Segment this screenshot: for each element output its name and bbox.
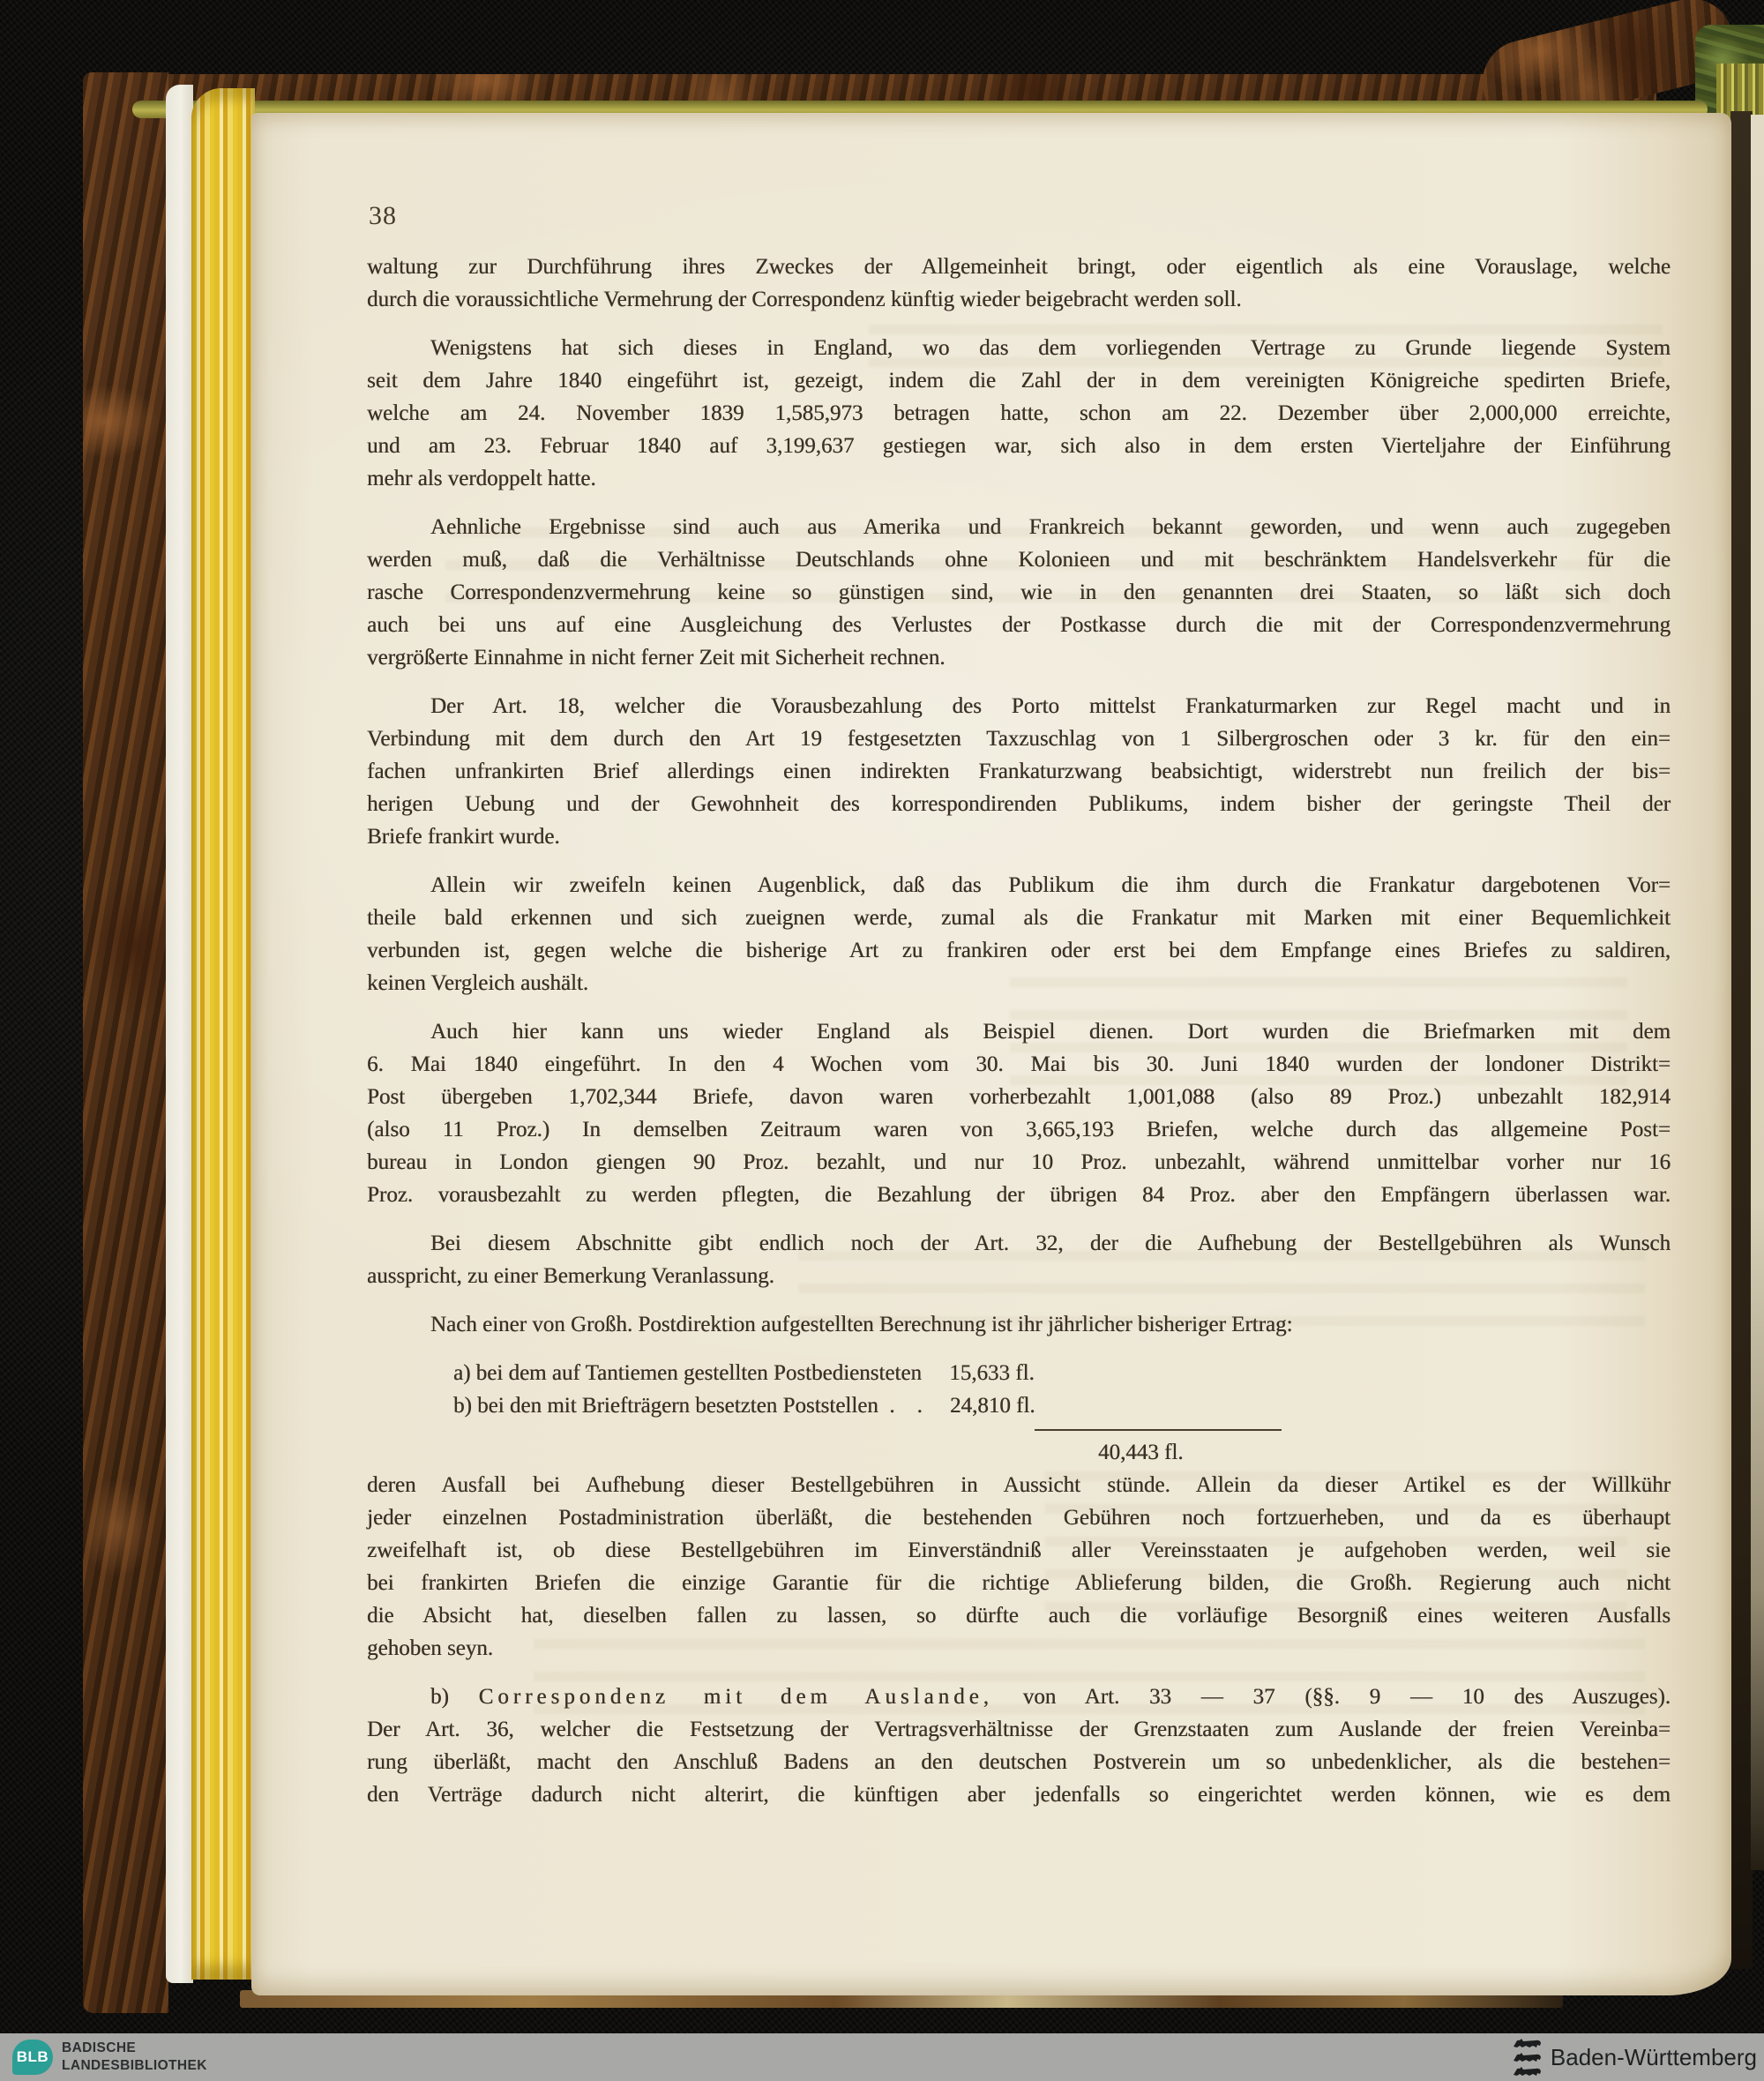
- text-line: Auch hier kann uns wieder England als Be…: [367, 1015, 1671, 1048]
- text-segment: b): [430, 1685, 479, 1709]
- book-page: 38 waltung zur Durchführung ihres Zwecke…: [251, 113, 1731, 1995]
- text-line: rasche Correspondenzvermehrung keine so …: [367, 576, 1671, 609]
- text-line: theile bald erkennen und sich zueignen w…: [367, 902, 1671, 934]
- sum-total: 40,443 fl.: [1098, 1436, 1671, 1469]
- text-line: verbunden ist, gegen welche die bisherig…: [367, 934, 1671, 967]
- text-line: keinen Vergleich aushält.: [367, 967, 1671, 999]
- text-line: Der Art. 36, welcher die Festsetzung der…: [367, 1713, 1671, 1746]
- page-number: 38: [369, 201, 397, 231]
- paragraph: Bei diesem Abschnitte gibt endlich noch …: [367, 1227, 1671, 1292]
- text-line: gehoben seyn.: [367, 1632, 1671, 1665]
- first-page-fore-edge: [166, 85, 193, 1983]
- text-line: Verbindung mit dem durch den Art 19 fest…: [367, 722, 1671, 755]
- text-line: Proz. vorausbezahlt zu werden pflegten, …: [367, 1179, 1671, 1211]
- text-line: Briefe frankirt wurde.: [367, 820, 1671, 853]
- text-line: waltung zur Durchführung ihres Zweckes d…: [367, 251, 1671, 283]
- text-line: Bei diesem Abschnitte gibt endlich noch …: [367, 1227, 1671, 1260]
- text-line: fachen unfrankirten Brief allerdings ein…: [367, 755, 1671, 788]
- text-line: 6. Mai 1840 eingeführt. In den 4 Wochen …: [367, 1048, 1671, 1081]
- blb-logo: BLB: [12, 2040, 53, 2075]
- text-line: mehr als verdoppelt hatte.: [367, 462, 1671, 495]
- text-line: (also 11 Proz.) In demselben Zeitraum wa…: [367, 1113, 1671, 1146]
- text-segment: von Art. 33 — 37 (§§. 9 — 10 des Auszuge…: [993, 1685, 1671, 1709]
- text-line: und am 23. Februar 1840 auf 3,199,637 ge…: [367, 430, 1671, 462]
- text-line: deren Ausfall bei Aufhebung dieser Beste…: [367, 1469, 1671, 1501]
- state-name: Baden-Württemberg: [1551, 2044, 1757, 2071]
- book-cover-left-edge: [83, 72, 168, 2013]
- text-line: Allein wir zweifeln keinen Augenblick, d…: [367, 869, 1671, 902]
- text-line: auch bei uns auf eine Ausgleichung des V…: [367, 609, 1671, 641]
- paragraph: Auch hier kann uns wieder England als Be…: [367, 1015, 1671, 1211]
- text-line: Nach einer von Großh. Postdirektion aufg…: [367, 1308, 1671, 1341]
- text-line: bureau in London giengen 90 Proz. bezahl…: [367, 1146, 1671, 1179]
- list-item: a) bei dem auf Tantiemen gestellten Post…: [453, 1357, 1671, 1389]
- text-line: seit dem Jahre 1840 eingeführt ist, geze…: [367, 364, 1671, 397]
- letterspaced-heading: Correspondenz mit dem Auslande,: [479, 1685, 993, 1709]
- text-line: bei frankirten Briefen die einzige Garan…: [367, 1567, 1671, 1599]
- baden-wuerttemberg-lions-icon: [1512, 2036, 1543, 2078]
- paragraph: Nach einer von Großh. Postdirektion aufg…: [367, 1308, 1671, 1341]
- text-line: Post übergeben 1,702,344 Briefe, davon w…: [367, 1081, 1671, 1113]
- opposite-page-sliver: [1751, 115, 1764, 1870]
- gutter-shadow: [1730, 111, 1753, 1969]
- scan-viewport: 38 waltung zur Durchführung ihres Zwecke…: [0, 0, 1764, 2081]
- text-line: b) Correspondenz mit dem Auslande, von A…: [367, 1681, 1671, 1713]
- paragraph: b) Correspondenz mit dem Auslande, von A…: [367, 1681, 1671, 1811]
- library-name-line2: LANDESBIBLIOTHEK: [62, 2057, 207, 2075]
- text-line: vergrößerte Einnahme in nicht ferner Zei…: [367, 641, 1671, 674]
- text-line: ausspricht, zu einer Bemerkung Veranlass…: [367, 1260, 1671, 1292]
- paragraph: Allein wir zweifeln keinen Augenblick, d…: [367, 869, 1671, 999]
- paragraph: Aehnliche Ergebnisse sind auch aus Ameri…: [367, 511, 1671, 674]
- library-name: BADISCHE LANDESBIBLIOTHEK: [62, 2040, 207, 2075]
- text-line: zweifelhaft ist, ob diese Bestellgebühre…: [367, 1534, 1671, 1567]
- text-line: jeder einzelnen Postadministration überl…: [367, 1501, 1671, 1534]
- text-block: waltung zur Durchführung ihres Zweckes d…: [367, 251, 1671, 1827]
- paragraph: deren Ausfall bei Aufhebung dieser Beste…: [367, 1469, 1671, 1665]
- paragraph: waltung zur Durchführung ihres Zweckes d…: [367, 251, 1671, 316]
- state-brand: Baden-Württemberg: [1512, 2036, 1757, 2078]
- text-line: Wenigstens hat sich dieses in England, w…: [367, 332, 1671, 364]
- text-line: durch die voraussichtliche Vermehrung de…: [367, 283, 1671, 316]
- yellowed-page-fore-edges: [191, 88, 255, 1980]
- text-line: Der Art. 18, welcher die Vorausbezahlung…: [367, 690, 1671, 722]
- library-footer-bar: BLB BADISCHE LANDESBIBLIOTHEK Baden-Würt…: [0, 2033, 1764, 2081]
- sum-rule: [1035, 1429, 1282, 1431]
- list-item: b) bei den mit Briefträgern besetzten Po…: [453, 1389, 1671, 1422]
- paragraph: Wenigstens hat sich dieses in England, w…: [367, 332, 1671, 495]
- text-line: rung überläßt, macht den Anschluß Badens…: [367, 1746, 1671, 1778]
- text-line: welche am 24. November 1839 1,585,973 be…: [367, 397, 1671, 430]
- text-line: herigen Uebung und der Gewohnheit des ko…: [367, 788, 1671, 820]
- text-line: werden muß, daß die Verhältnisse Deutsch…: [367, 543, 1671, 576]
- text-line: Aehnliche Ergebnisse sind auch aus Ameri…: [367, 511, 1671, 543]
- paragraph: Der Art. 18, welcher die Vorausbezahlung…: [367, 690, 1671, 853]
- library-name-line1: BADISCHE: [62, 2040, 207, 2057]
- text-line: die Absicht hat, dieselben fallen zu las…: [367, 1599, 1671, 1632]
- text-line: den Verträge dadurch nicht alterirt, die…: [367, 1778, 1671, 1811]
